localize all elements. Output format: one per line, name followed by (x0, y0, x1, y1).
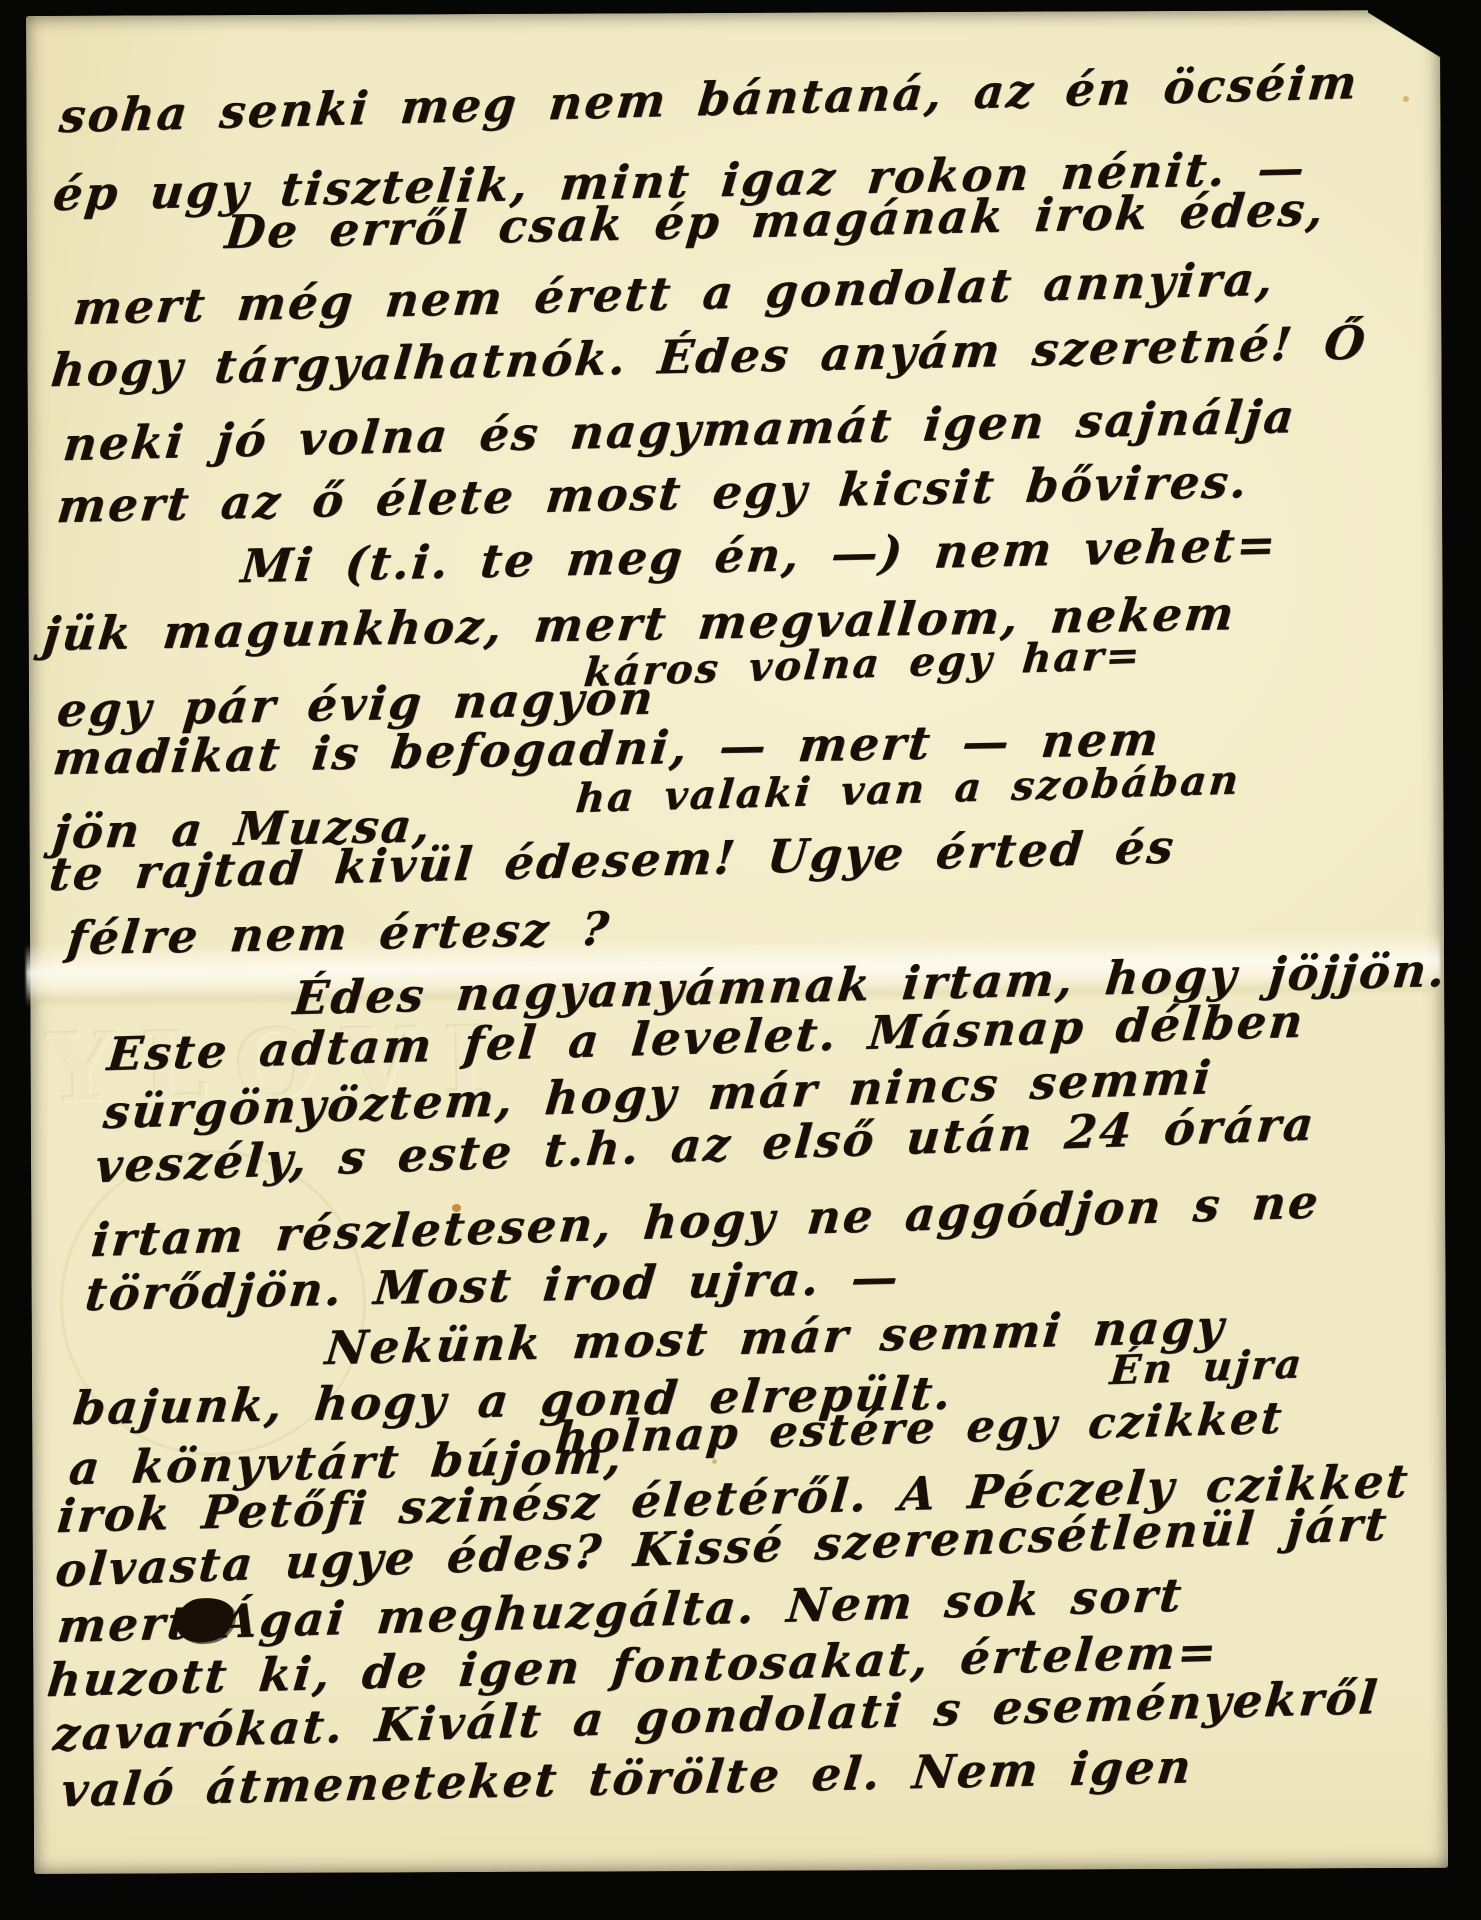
scan-background: { "document": { "type": "scanned handwri… (0, 0, 1481, 1920)
handwritten-line: félre nem értesz ? (64, 903, 613, 965)
paper-stain (712, 1459, 717, 1464)
paper-stain (1403, 96, 1409, 102)
paper-stain (452, 1204, 461, 1212)
handwritten-line: Én ujra (1108, 1341, 1305, 1394)
handwritten-line: Mi (t.i. te meg én, —) nem vehet= (239, 518, 1281, 593)
handwritten-line: soha senki meg nem bántaná, az én öcséim (57, 56, 1361, 143)
